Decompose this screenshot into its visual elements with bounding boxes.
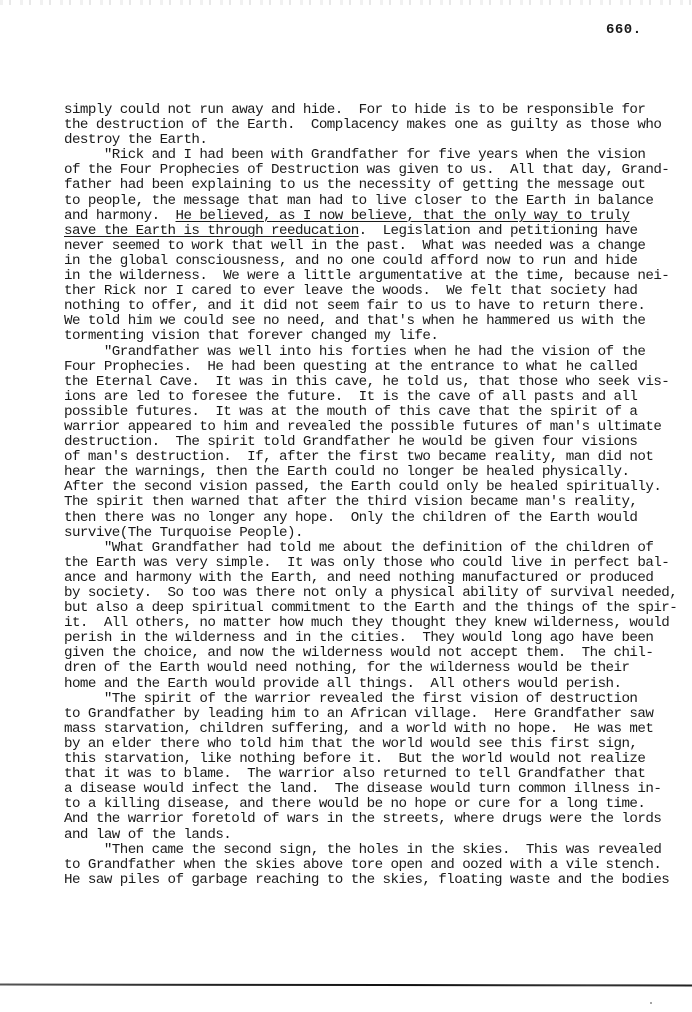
text-line: And the warrior foretold of wars in the … <box>64 812 664 827</box>
underlined-text: He believed, as I now believe, that the … <box>176 208 630 224</box>
text-line: it. All others, no matter how much they … <box>64 616 664 631</box>
text-line: possible futures. It was at the mouth of… <box>64 405 664 420</box>
text-line: nothing to offer, and it did not seem fa… <box>64 299 664 314</box>
text-line: perish in the wilderness and in the citi… <box>64 631 664 646</box>
document-body: simply could not run away and hide. For … <box>64 103 664 888</box>
text-line: in the wilderness. We were a little argu… <box>64 269 664 284</box>
text-line: of man's destruction. If, after the firs… <box>64 450 664 465</box>
text-segment: and harmony. <box>64 208 176 224</box>
text-line: and law of the lands. <box>64 828 664 843</box>
text-line: "What Grandfather had told me about the … <box>64 541 664 556</box>
text-line: hear the warnings, then the Earth could … <box>64 465 664 480</box>
text-line: in the global consciousness, and no one … <box>64 254 664 269</box>
text-line: dren of the Earth would need nothing, fo… <box>64 661 664 676</box>
scan-speck <box>650 1002 652 1004</box>
text-line: He saw piles of garbage reaching to the … <box>64 873 664 888</box>
text-line: this starvation, like nothing before it.… <box>64 752 664 767</box>
text-line: destruction. The spirit told Grandfather… <box>64 435 664 450</box>
page-bottom-rule <box>0 984 692 987</box>
text-line: never seemed to work that well in the pa… <box>64 239 664 254</box>
text-line: destroy the Earth. <box>64 133 664 148</box>
text-line: the destruction of the Earth. Complacenc… <box>64 118 664 133</box>
text-line: by society. So too was there not only a … <box>64 586 664 601</box>
scan-noise-top <box>0 0 692 5</box>
text-line: simply could not run away and hide. For … <box>64 103 664 118</box>
text-line: father had been explaining to us the nec… <box>64 178 664 193</box>
text-line: The spirit then warned that after the th… <box>64 495 664 510</box>
text-line: but also a deep spiritual commitment to … <box>64 601 664 616</box>
text-line: ance and harmony with the Earth, and nee… <box>64 571 664 586</box>
text-line: to a killing disease, and there would be… <box>64 797 664 812</box>
text-line: Four Prophecies. He had been questing at… <box>64 360 664 375</box>
text-line: the Eternal Cave. It was in this cave, h… <box>64 375 664 390</box>
text-line: warrior appeared to him and revealed the… <box>64 420 664 435</box>
text-line: ther Rick nor I cared to ever leave the … <box>64 284 664 299</box>
text-line: "The spirit of the warrior revealed the … <box>64 692 664 707</box>
text-line: tormenting vision that forever changed m… <box>64 329 664 344</box>
text-line: mass starvation, children suffering, and… <box>64 722 664 737</box>
text-line: and harmony. He believed, as I now belie… <box>64 209 664 224</box>
text-line: home and the Earth would provide all thi… <box>64 677 664 692</box>
text-line: We told him we could see no need, and th… <box>64 314 664 329</box>
text-segment: . Legislation and petitioning have <box>359 223 638 239</box>
text-line: by an elder there who told him that the … <box>64 737 664 752</box>
text-line: that it was to blame. The warrior also r… <box>64 767 664 782</box>
text-line: to Grandfather when the skies above tore… <box>64 858 664 873</box>
text-line: given the choice, and now the wilderness… <box>64 646 664 661</box>
text-line: survive(The Turquoise People). <box>64 526 664 541</box>
text-line: "Then came the second sign, the holes in… <box>64 843 664 858</box>
text-line: then there was no longer any hope. Only … <box>64 511 664 526</box>
text-line: to people, the message that man had to l… <box>64 194 664 209</box>
text-line: a disease would infect the land. The dis… <box>64 782 664 797</box>
text-line: ions are led to foresee the future. It i… <box>64 390 664 405</box>
text-line: to Grandfather by leading him to an Afri… <box>64 707 664 722</box>
text-line: the Earth was very simple. It was only t… <box>64 556 664 571</box>
text-line: "Grandfather was well into his forties w… <box>64 345 664 360</box>
text-line: of the Four Prophecies of Destruction wa… <box>64 163 664 178</box>
underlined-text: save the Earth is through reeducation <box>64 223 359 239</box>
scan-speck <box>604 685 606 687</box>
page-number: 660. <box>606 22 642 38</box>
text-line: save the Earth is through reeducation. L… <box>64 224 664 239</box>
text-line: "Rick and I had been with Grandfather fo… <box>64 148 664 163</box>
text-line: After the second vision passed, the Eart… <box>64 480 664 495</box>
